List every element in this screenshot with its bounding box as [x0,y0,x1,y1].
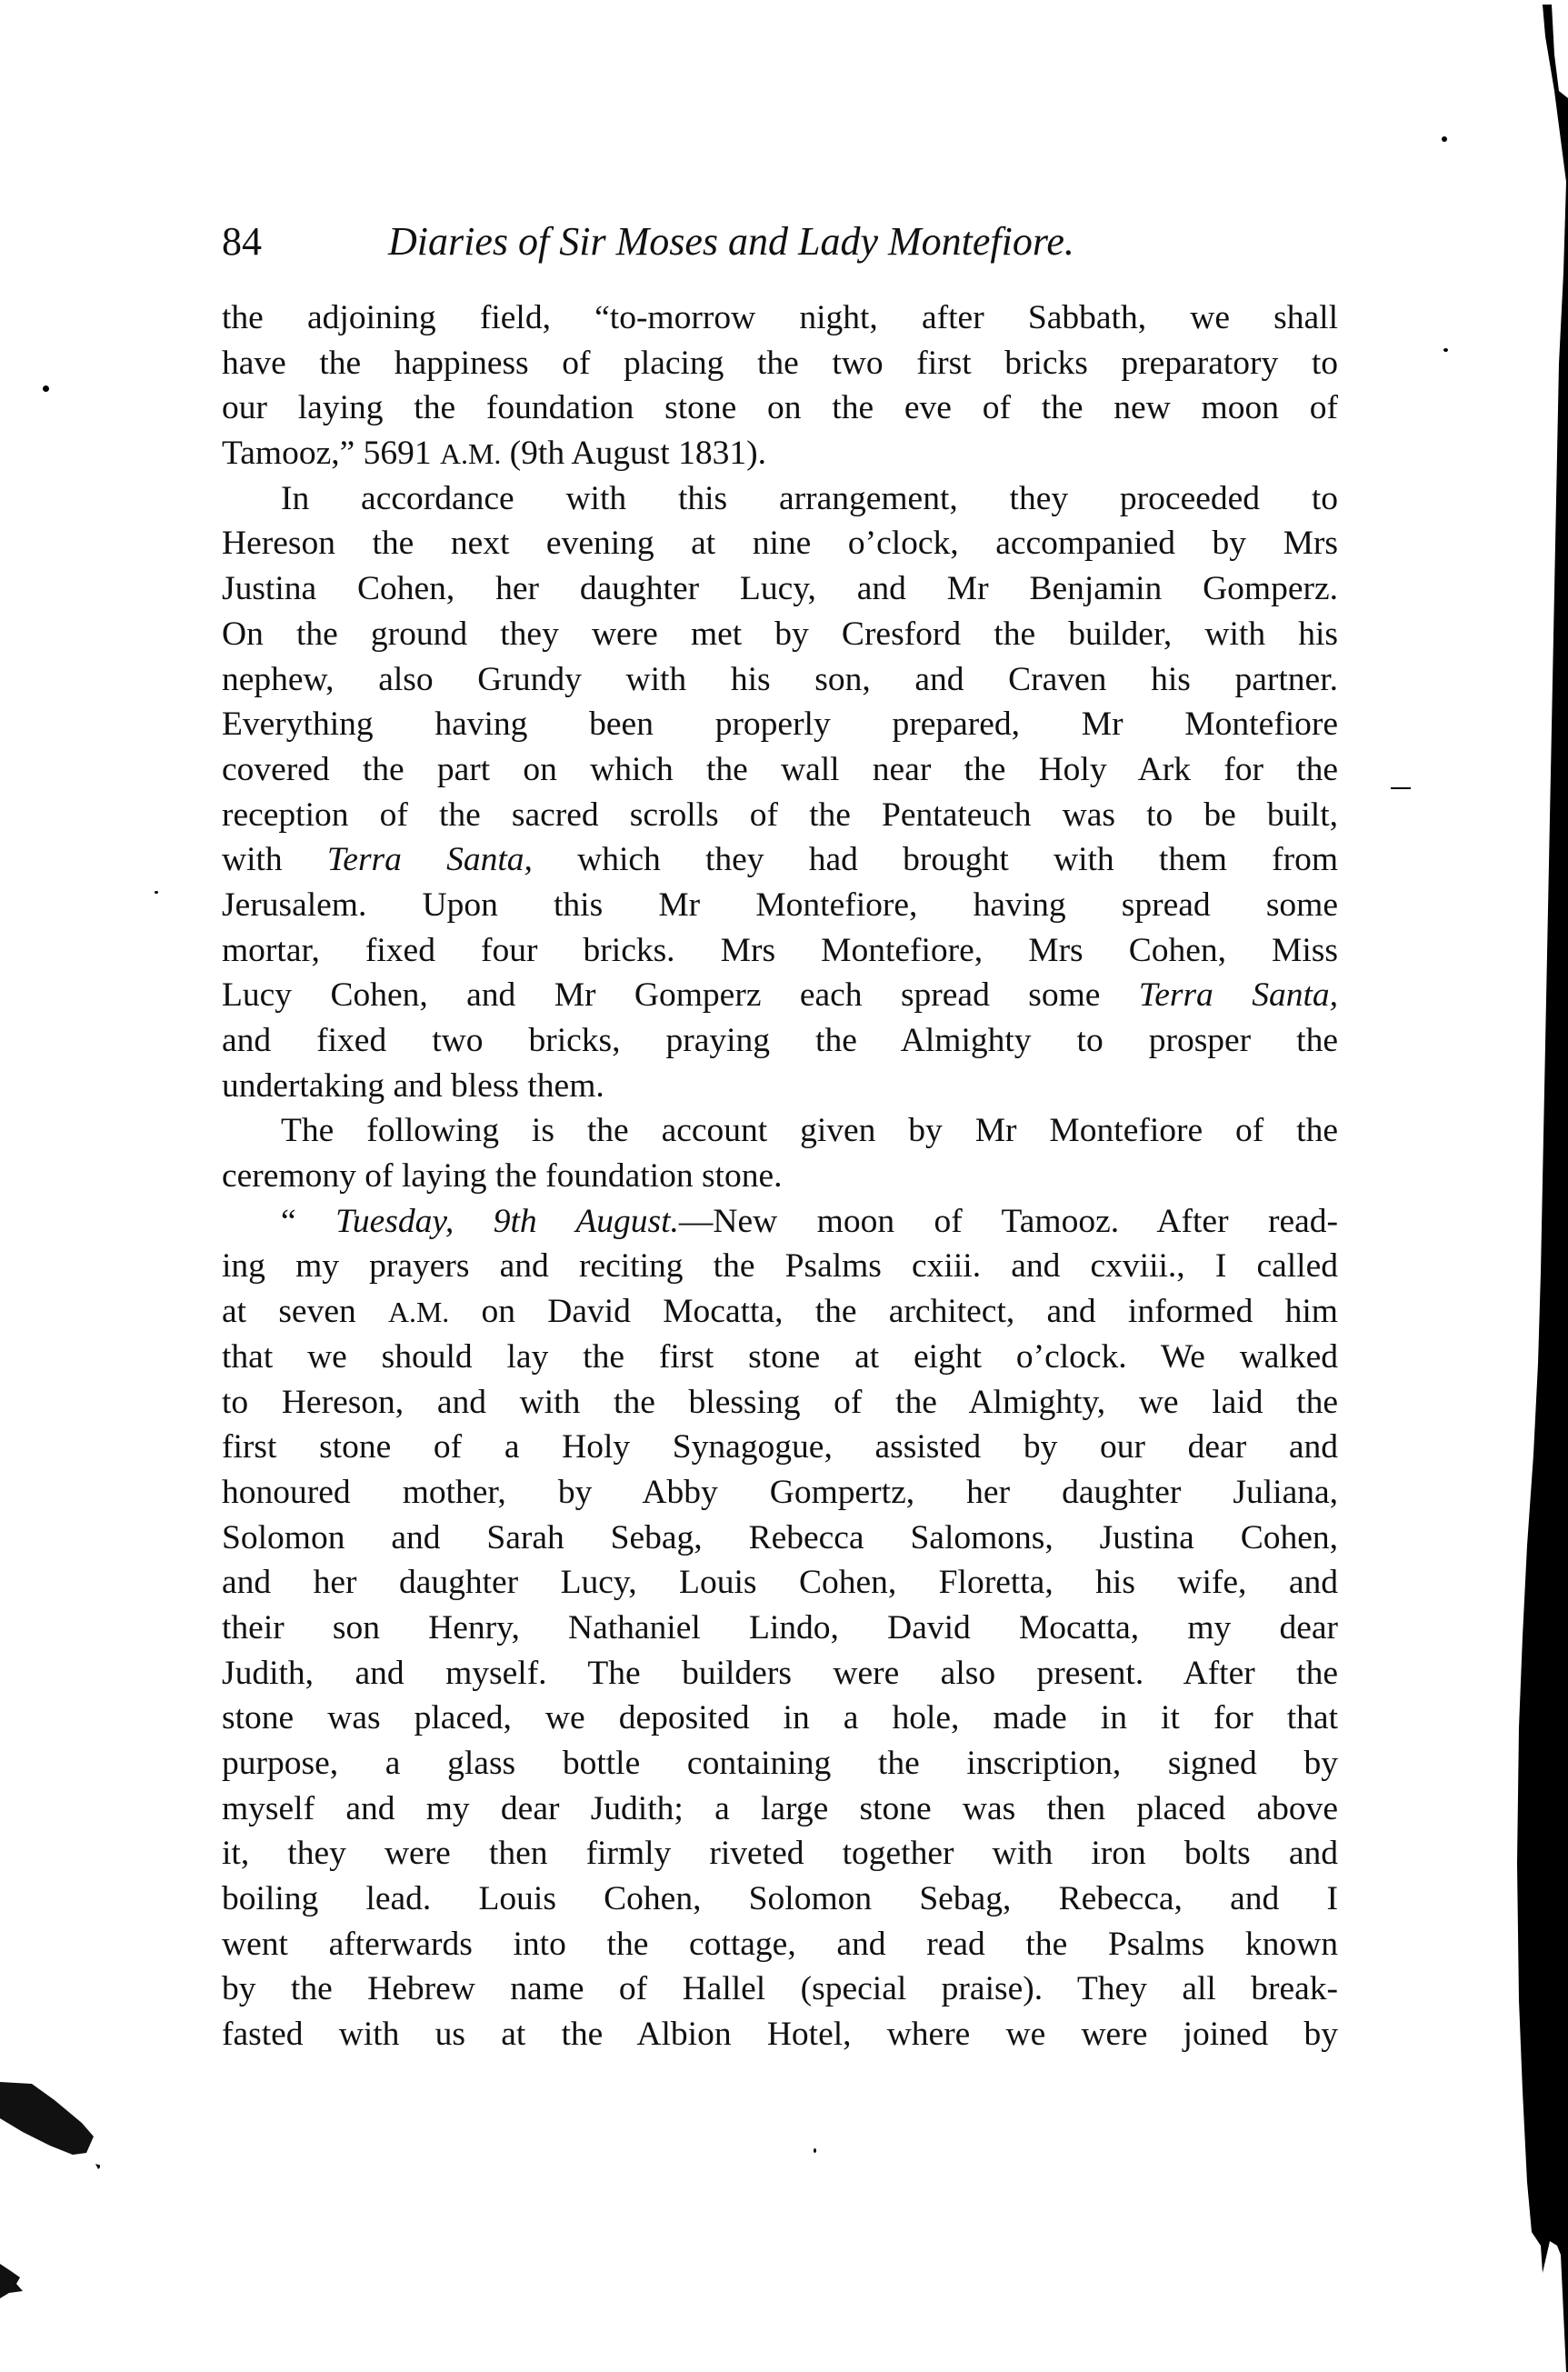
text-segment: “ [281,1203,335,1240]
text-line: nephew, also Grundy with his son, and Cr… [222,657,1338,703]
text-segment: and fixed two bricks, praying the Almigh… [222,1022,1338,1059]
text-line: and her daughter Lucy, Louis Cohen, Flor… [222,1560,1338,1606]
text-line: ceremony of laying the foundation stone. [222,1154,1338,1199]
text-segment: reception of the sacred scrolls of the P… [222,796,1338,834]
text-line: went afterwards into the cottage, and re… [222,1922,1338,1967]
text-line: Everything having been properly prepared… [222,702,1338,747]
text-segment: mortar, fixed four bricks. Mrs Montefior… [222,932,1338,969]
text-line: In accordance with this arrangement, the… [222,476,1338,522]
text-segment: Justina Cohen, her daughter Lucy, and Mr… [222,570,1338,607]
text-segment: nephew, also Grundy with his son, and Cr… [222,661,1338,698]
text-segment: our laying the foundation stone on the e… [222,389,1338,426]
scan-edge-shadow [1486,0,1568,2372]
scan-speck [1391,787,1411,789]
text-line: purpose, a glass bottle containing the i… [222,1741,1338,1787]
italic-text: Terra Santa, [327,841,533,878]
text-line: On the ground they were met by Cresford … [222,612,1338,657]
text-line: Solomon and Sarah Sebag, Rebecca Salomon… [222,1516,1338,1561]
text-segment: by the Hebrew name of Hallel (special pr… [222,1970,1338,2007]
text-line: “ Tuesday, 9th August.—New moon of Tamoo… [222,1199,1338,1245]
text-segment: that we should lay the first stone at ei… [222,1338,1338,1376]
text-segment: Tamooz,” 5691 [222,435,440,472]
text-segment: Lucy Cohen, and Mr Gomperz each spread s… [222,976,1139,1014]
text-line: and fixed two bricks, praying the Almigh… [222,1018,1338,1064]
text-line: honoured mother, by Abby Gompertz, her d… [222,1470,1338,1516]
small-caps-text: A.M. [388,1296,449,1328]
text-line: Lucy Cohen, and Mr Gomperz each spread s… [222,973,1338,1018]
text-line: the adjoining field, “to-morrow night, a… [222,295,1338,341]
text-line: have the happiness of placing the two fi… [222,341,1338,386]
running-head-title: Diaries of Sir Moses and Lady Montefiore… [388,215,1074,269]
text-line: covered the part on which the wall near … [222,747,1338,793]
text-segment: ceremony of laying the foundation stone. [222,1157,783,1195]
italic-text: Terra Santa, [1139,976,1338,1014]
text-line: first stone of a Holy Synagogue, assiste… [222,1425,1338,1470]
text-segment: which they had brought with them from [533,841,1338,878]
text-segment: purpose, a glass bottle containing the i… [222,1745,1338,1782]
text-segment: with [222,841,327,878]
text-segment: undertaking and bless them. [222,1067,604,1105]
scan-speck [155,891,158,894]
text-segment: On the ground they were met by Cresford … [222,616,1338,653]
scan-speck [43,385,49,392]
text-segment: fasted with us at the Albion Hotel, wher… [222,2016,1338,2053]
text-line: by the Hebrew name of Hallel (special pr… [222,1967,1338,2012]
text-line: reception of the sacred scrolls of the P… [222,793,1338,838]
text-line: The following is the account given by Mr… [222,1108,1338,1154]
text-segment: and her daughter Lucy, Louis Cohen, Flor… [222,1564,1338,1601]
text-line: Jerusalem. Upon this Mr Montefiore, havi… [222,883,1338,928]
text-segment: In accordance with this arrangement, the… [281,480,1338,517]
text-line: fasted with us at the Albion Hotel, wher… [222,2012,1338,2057]
text-segment: first stone of a Holy Synagogue, assiste… [222,1428,1338,1466]
text-line: Hereson the next evening at nine o’clock… [222,521,1338,566]
scan-speck [1443,348,1448,352]
text-line: Judith, and myself. The builders were al… [222,1651,1338,1696]
text-segment: Judith, and myself. The builders were al… [222,1655,1338,1692]
text-line: their son Henry, Nathaniel Lindo, David … [222,1606,1338,1651]
text-segment: the adjoining field, “to-morrow night, a… [222,299,1338,336]
text-segment: honoured mother, by Abby Gompertz, her d… [222,1474,1338,1511]
text-line: that we should lay the first stone at ei… [222,1335,1338,1380]
book-page: 84 Diaries of Sir Moses and Lady Montefi… [0,0,1568,2372]
scan-speck [814,2148,816,2153]
text-segment: stone was placed, we deposited in a hole… [222,1699,1338,1736]
text-line: at seven A.M. on David Mocatta, the arch… [222,1289,1338,1335]
text-segment: Everything having been properly prepared… [222,706,1338,743]
text-segment: boiling lead. Louis Cohen, Solomon Sebag… [222,1880,1338,1917]
text-line: mortar, fixed four bricks. Mrs Montefior… [222,928,1338,974]
text-segment: ing my prayers and reciting the Psalms c… [222,1247,1338,1285]
text-segment: Jerusalem. Upon this Mr Montefiore, havi… [222,886,1338,924]
text-line: it, they were then firmly riveted togeth… [222,1831,1338,1877]
italic-text: Tuesday, 9th August. [335,1203,679,1240]
text-line: to Hereson, and with the blessing of the… [222,1380,1338,1426]
scan-ink-blot [0,2082,100,2173]
text-segment: covered the part on which the wall near … [222,751,1338,788]
text-segment: The following is the account given by Mr… [281,1112,1338,1149]
text-line: boiling lead. Louis Cohen, Solomon Sebag… [222,1877,1338,1922]
body-text: the adjoining field, “to-morrow night, a… [222,295,1338,2057]
scan-speck [1442,136,1447,142]
text-line: ing my prayers and reciting the Psalms c… [222,1244,1338,1289]
scan-ink-mark [0,2264,27,2305]
text-segment: on David Mocatta, the architect, and inf… [449,1293,1338,1330]
text-segment: Solomon and Sarah Sebag, Rebecca Salomon… [222,1519,1338,1556]
text-line: our laying the foundation stone on the e… [222,385,1338,431]
small-caps-text: A.M. [440,438,501,470]
text-line: Justina Cohen, her daughter Lucy, and Mr… [222,566,1338,612]
text-segment: to Hereson, and with the blessing of the… [222,1384,1338,1421]
text-segment: it, they were then firmly riveted togeth… [222,1835,1338,1872]
text-line: with Terra Santa, which they had brought… [222,837,1338,883]
text-segment: their son Henry, Nathaniel Lindo, David … [222,1609,1338,1646]
text-segment: myself and my dear Judith; a large stone… [222,1790,1338,1827]
text-line: myself and my dear Judith; a large stone… [222,1787,1338,1832]
text-segment: —New moon of Tamooz. After read- [679,1203,1338,1240]
running-head: 84 Diaries of Sir Moses and Lady Montefi… [222,215,1258,269]
text-segment: at seven [222,1293,388,1330]
text-line: Tamooz,” 5691 A.M. (9th August 1831). [222,431,1338,476]
text-segment: (9th August 1831). [501,435,766,472]
text-line: undertaking and bless them. [222,1064,1338,1109]
text-segment: went afterwards into the cottage, and re… [222,1926,1338,1963]
text-line: stone was placed, we deposited in a hole… [222,1696,1338,1741]
page-number: 84 [222,215,262,269]
text-segment: Hereson the next evening at nine o’clock… [222,525,1338,562]
text-segment: have the happiness of placing the two fi… [222,345,1338,382]
